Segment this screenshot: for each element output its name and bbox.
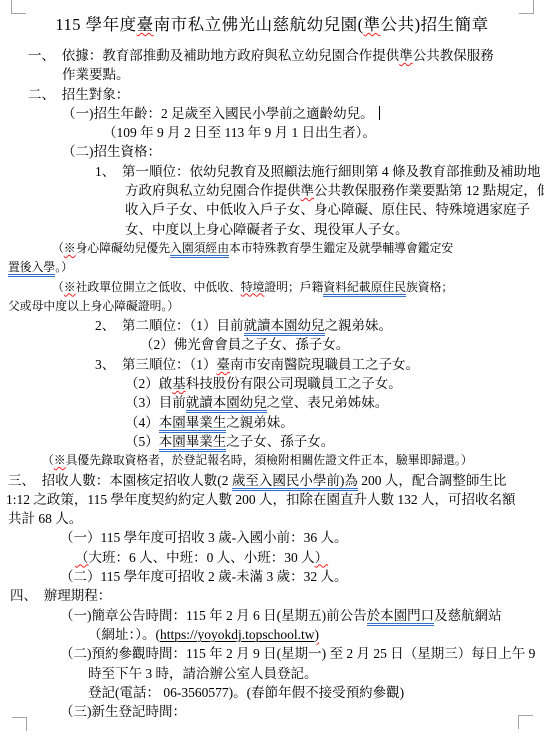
grammar-flagged-text: 本園畢業生 xyxy=(159,434,227,452)
text-segment: （109 年 9 月 2 日至 113 年 9 月 1 日出生者）。 xyxy=(103,125,376,140)
text-segment: （ xyxy=(42,453,54,467)
doc-line: （一)招生年齡：2 足歲至入國民小學前之適齡幼兒。 xyxy=(0,104,544,123)
text-segment: 。） xyxy=(55,260,73,274)
text-segment: 時至下午 3 時，請洽辦公室人員登記。 xyxy=(88,666,318,681)
doc-line: （109 年 9 月 2 日至 113 年 9 月 1 日出生者）。 xyxy=(0,123,544,142)
doc-line: （二)預約參觀時間：115 年 2 月 9 日(星期一) 至 2 月 25 日（… xyxy=(0,644,544,663)
text-segment: （三)新生登記時間： xyxy=(60,704,186,719)
text-segment: 公共教保服務作業要點第 12 點規定，低 xyxy=(314,183,544,198)
doc-line: 方政府與私立幼兒園合作提供準公共教保服務作業要點第 12 點規定，低 xyxy=(0,181,544,200)
doc-line: 共計 68 人。 xyxy=(0,509,544,528)
doc-line: 1、 第一順位：依幼兒教育及照顧法施行細則第 4 條及教育部推動及補助地 xyxy=(0,162,544,181)
doc-line: （一）115 學年度可招收 3 歲-入國小前：36 人。 xyxy=(0,528,544,547)
grammar-flagged-text: 本園畢業生 xyxy=(159,415,227,433)
text-segment: 115 學年度 xyxy=(55,15,136,34)
text-segment: 三、 招收人數：本園核定招收人數(2 xyxy=(8,473,232,488)
text-segment: 1:12 之政策，115 學年度契約約定人數 200 人，扣除在園直升人數 13… xyxy=(6,492,516,507)
spellcheck-flagged-text: ） xyxy=(315,550,329,565)
text-segment: 1、 第一順位：依幼兒教育及照顧法施行細則第 4 條及教育部推動及補助地 xyxy=(95,164,541,179)
doc-line: 女、中度以上身心障礙者子女、現役軍人子女。 xyxy=(0,220,544,239)
text-segment: （一）115 學年度可招收 3 歲-入國小前：36 人。 xyxy=(60,530,348,545)
doc-line: （※身心障礙幼兒優先入園須經由本市特殊教育學生鑑定及就學輔導會鑑定安 xyxy=(0,239,544,258)
text-segment: 二、 招生對象： xyxy=(28,87,129,102)
text-segment: 科技股份有限公司現職員工之子女。 xyxy=(186,376,402,391)
doc-line: 3、 第三順位：（1）臺南市安南醫院現職員工之子女。 xyxy=(0,355,544,374)
hyperlink-text[interactable]: https://yoyokdj.topschool.tw xyxy=(160,627,315,642)
doc-line: （4）本園畢業生之親弟妹。 xyxy=(0,413,544,432)
doc-line: 登記(電話： 06-3560577)。(春節年假不接受預約參觀) xyxy=(0,683,544,702)
spellcheck-flagged-text: 準 xyxy=(399,48,413,63)
word-page: 115 學年度臺南市私立佛光山慈航幼兒園(準公共)招生簡章 一、 依據：教育部推… xyxy=(0,0,544,752)
text-segment: （二）115 學年度可招收 2 歲-未滿 3 歲：32 人。 xyxy=(60,569,348,584)
text-segment: 登記(電話： 06-3560577)。(春節年假不接受預約參觀) xyxy=(88,685,404,700)
grammar-flagged-text: 就讀本園幼兒 xyxy=(186,395,267,413)
doc-line: 作業要點。 xyxy=(0,65,544,84)
doc-line: 父或母中度以上身心障礙證明。） xyxy=(0,297,544,316)
text-segment: 身心障礙幼兒優先 xyxy=(76,241,170,255)
doc-line: （大班：6 人、中班：0 人、小班：30 人） xyxy=(0,548,544,567)
doc-line: （2）佛光會會員之子女、孫子女。 xyxy=(0,335,544,354)
doc-line: （※具優先錄取資格者，於登記報名時，須檢附相關佐證文件正本，驗畢即歸還。） xyxy=(0,451,544,470)
text-segment: （一)招生年齡：2 足歲至入國民小學前之適齡幼兒。 xyxy=(62,106,374,121)
doc-line: 2、 第二順位：（1）目前就讀本園幼兒之親弟妹。 xyxy=(0,316,544,335)
doc-line: （網址：）。(https://yoyokdj.topschool.tw) xyxy=(0,625,544,644)
text-segment: （一)簡章公告時間：115 年 2 月 6 日(星期五)前公告 xyxy=(60,608,367,623)
doc-line: 三、 招收人數：本園核定招收人數(2 歲至入國民小學前)為 200 人，配合調整… xyxy=(0,471,544,490)
spellcheck-flagged-text: （ xyxy=(75,550,89,565)
doc-line: 置後入學。） xyxy=(0,258,544,277)
text-segment: （二)預約參觀時間：115 年 2 月 9 日(星期一) 至 2 月 25 日（… xyxy=(60,646,535,661)
doc-line: （2）啟基科技股份有限公司現職員工之子女。 xyxy=(0,374,544,393)
doc-line: （二)招生資格： xyxy=(0,142,544,161)
text-segment: （ xyxy=(52,241,64,255)
text-segment: 之堂、表兄弟姊妹。 xyxy=(267,395,389,410)
text-segment: 具優先錄取資格者，於登記報名時，須檢附相關佐證文件正本，驗畢即歸還。） xyxy=(66,453,473,467)
text-segment: 父或母中度以上身心障礙證明。） xyxy=(8,299,179,313)
text-segment: 2、 第二順位：（1）目前 xyxy=(95,318,244,333)
doc-line: 時至下午 3 時，請洽辦公室人員登記。 xyxy=(0,664,544,683)
text-segment: 之親弟妹。 xyxy=(325,318,393,333)
text-segment: 共計 68 人。 xyxy=(8,511,82,526)
doc-line: 1:12 之政策，115 學年度契約約定人數 200 人，扣除在園直升人數 13… xyxy=(0,490,544,509)
text-segment: 200 人，配合調整師生比 xyxy=(358,473,507,488)
text-segment: 作業要點。 xyxy=(62,67,130,82)
spellcheck-flagged-text: ※ xyxy=(64,280,76,294)
text-segment: 及慈航網站 xyxy=(434,608,502,623)
grammar-flagged-text: 就讀本園幼兒 xyxy=(244,318,325,336)
text-segment: 南市私立佛光山慈航幼兒園( xyxy=(154,15,364,34)
doc-line: （3）目前就讀本園幼兒之堂、表兄弟姊妹。 xyxy=(0,393,544,412)
text-segment: （4） xyxy=(125,415,159,430)
grammar-flagged-text: 資料紀載原住民 xyxy=(323,280,406,297)
doc-line: 一、 依據：教育部推動及補助地方政府與私立幼兒園合作提供準公共教保服務 xyxy=(0,46,544,65)
grammar-flagged-text: 置後入學 xyxy=(8,260,55,277)
spellcheck-flagged-text: 特境 xyxy=(241,280,265,294)
doc-line: （※社政單位開立之低收、中低收、特境證明；戶籍資料紀載原住民族資格； xyxy=(0,278,544,297)
text-segment: 一、 依據：教育部推動及補助地方政府與私立幼兒園合作提供 xyxy=(28,48,399,63)
spellcheck-flagged-text: 基 xyxy=(172,376,186,391)
spellcheck-flagged-text: 準 xyxy=(301,183,315,198)
text-segment: 收入戶子女、中低收入戶子女、身心障礙、原住民、特殊境遇家庭子 xyxy=(125,202,530,217)
text-segment: （ xyxy=(52,280,64,294)
text-segment: （5） xyxy=(125,434,159,449)
grammar-flagged-text: 入園須經由 xyxy=(170,241,229,258)
doc-line: （一)簡章公告時間：115 年 2 月 6 日(星期五)前公告於本園門口及慈航網… xyxy=(0,606,544,625)
text-segment: （2）佛光會會員之子女、孫子女。 xyxy=(140,337,349,352)
text-segment: 本市特殊教育學生鑑定及就學輔導會鑑定安 xyxy=(229,241,453,255)
grammar-flagged-text: 歲至入國民小學前)為 xyxy=(232,473,358,491)
spellcheck-flagged-text: 臺 xyxy=(217,357,231,372)
text-segment: 四、 辦理期程： xyxy=(10,588,111,603)
text-segment: 公共)招生簡章 xyxy=(381,15,489,34)
grammar-flagged-text: 於本園門口 xyxy=(367,608,435,626)
text-segment: 族資格； xyxy=(406,280,453,294)
spellcheck-flagged-text: 臺 xyxy=(137,15,154,34)
document-body: 一、 依據：教育部推動及補助地方政府與私立幼兒園合作提供準公共教保服務作業要點。… xyxy=(0,46,544,721)
text-segment: 女、中度以上身心障礙者子女、現役軍人子女。 xyxy=(125,222,409,237)
doc-title: 115 學年度臺南市私立佛光山慈航幼兒園(準公共)招生簡章 xyxy=(0,12,544,38)
doc-line: 二、 招生對象： xyxy=(0,85,544,104)
text-segment: （2）啟 xyxy=(125,376,172,391)
text-segment: （二)招生資格： xyxy=(62,144,161,159)
text-segment: 3、 第三順位：（1） xyxy=(95,357,217,372)
doc-line: （5）本園畢業生之子女、孫子女。 xyxy=(0,432,544,451)
text-segment: （網址：）。( xyxy=(88,627,160,642)
spellcheck-flagged-text: ※ xyxy=(54,453,66,467)
spellcheck-flagged-text: 準 xyxy=(364,15,381,34)
document-content: 115 學年度臺南市私立佛光山慈航幼兒園(準公共)招生簡章 一、 依據：教育部推… xyxy=(0,0,544,721)
text-segment: （3）目前 xyxy=(125,395,186,410)
doc-line: （二）115 學年度可招收 2 歲-未滿 3 歲：32 人。 xyxy=(0,567,544,586)
spellcheck-flagged-text: ※ xyxy=(64,241,76,255)
doc-line: 四、 辦理期程： xyxy=(0,586,544,605)
text-segment: 證明；戶籍 xyxy=(264,280,323,294)
text-segment: 方政府與私立幼兒園合作提供 xyxy=(125,183,301,198)
text-segment: 南市安南醫院現職員工之子女。 xyxy=(230,357,419,372)
text-segment: 大班：6 人、中班：0 人、小班：30 人 xyxy=(89,550,315,565)
text-segment: 之子女、孫子女。 xyxy=(226,434,334,449)
text-segment: 之親弟妹。 xyxy=(226,415,294,430)
doc-line: （三)新生登記時間： xyxy=(0,702,544,721)
text-cursor xyxy=(379,106,380,120)
text-segment: 社政單位開立之低收、中低收、 xyxy=(76,280,241,294)
spellcheck-flagged-text: ) xyxy=(315,627,320,642)
doc-line: 收入戶子女、中低收入戶子女、身心障礙、原住民、特殊境遇家庭子 xyxy=(0,200,544,219)
text-segment: 公共教保服務 xyxy=(413,48,494,63)
